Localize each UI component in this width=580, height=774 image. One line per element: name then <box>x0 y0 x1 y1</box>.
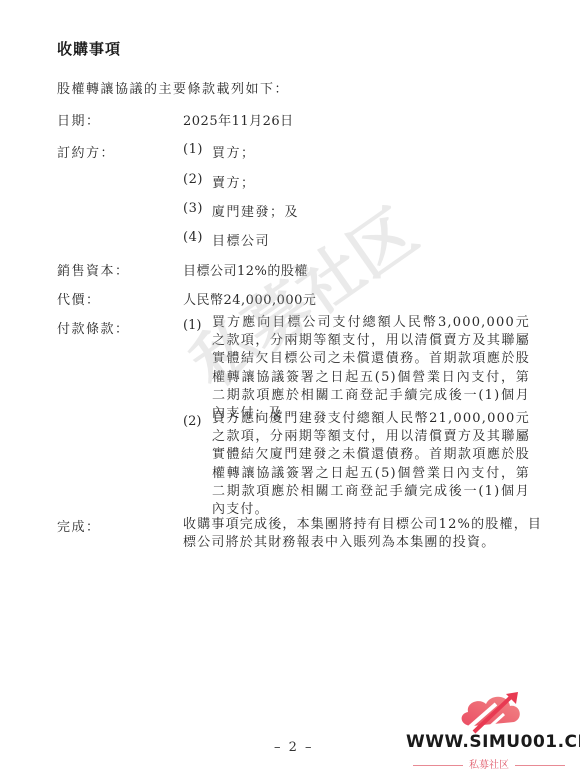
logo-url-text: WWW.SIMU001.CN <box>406 732 580 752</box>
cloud-arrow-icon <box>400 690 580 734</box>
consideration-label: 代價： <box>57 289 101 308</box>
payment-item-text: 買方應向目標公司支付總額人民幣3,000,000元之款項，分兩期等額支付，用以清… <box>212 314 530 423</box>
intro-text: 股權轉讓協議的主要條款載列如下： <box>57 78 289 97</box>
page-number: – 2 – <box>274 740 314 755</box>
party-text: 目標公司 <box>212 230 270 249</box>
consideration-value: 人民幣24,000,000元 <box>183 289 316 308</box>
date-value: 2025年11月26日 <box>183 110 294 129</box>
payment-item-num: (2) <box>183 414 201 429</box>
parties-label: 訂約方： <box>57 142 115 161</box>
payment-item-num: (1) <box>183 318 201 333</box>
party-num: (3) <box>183 201 203 216</box>
payment-terms-label: 付款條款： <box>57 318 130 337</box>
sale-capital-value: 目標公司12%的股權 <box>183 260 308 279</box>
site-logo: WWW.SIMU001.CN 私募社区 <box>400 690 580 774</box>
document-page: 收購事項 股權轉讓協議的主要條款載列如下： 日期： 2025年11月26日 訂約… <box>0 0 580 774</box>
logo-subtitle: 私募社区 <box>400 756 578 771</box>
party-num: (2) <box>183 172 203 187</box>
sale-capital-label: 銷售資本： <box>57 260 130 279</box>
party-num: (1) <box>183 142 203 157</box>
completion-value: 收購事項完成後，本集團將持有目標公司12%的股權，目標公司將於其財務報表中入賬列… <box>183 516 543 552</box>
party-text: 賣方； <box>212 172 256 191</box>
completion-label: 完成： <box>57 516 101 535</box>
date-label: 日期： <box>57 110 101 129</box>
party-text: 廈門建發；及 <box>212 201 299 220</box>
party-num: (4) <box>183 230 203 245</box>
payment-item-text: 買方應向廈門建發支付總額人民幣21,000,000元之款項，分兩期等額支付，用以… <box>212 410 530 519</box>
section-heading: 收購事項 <box>57 38 121 59</box>
party-text: 買方； <box>212 142 256 161</box>
